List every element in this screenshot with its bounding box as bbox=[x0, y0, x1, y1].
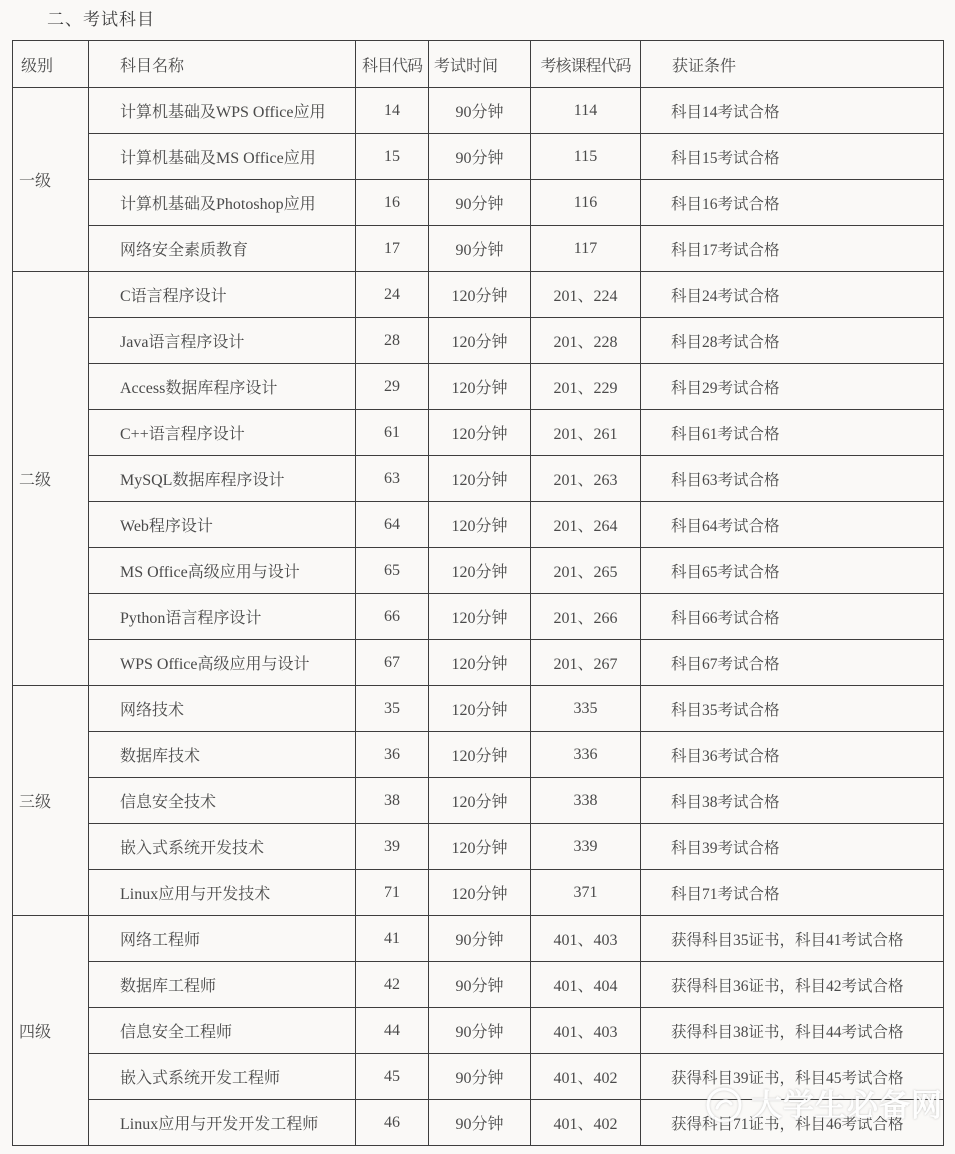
exam-duration-cell: 90分钟 bbox=[429, 134, 531, 180]
table-header-cell: 科目名称 bbox=[89, 41, 356, 88]
table-header-cell: 考试时间 bbox=[429, 41, 531, 88]
subject-code-cell: 71 bbox=[356, 870, 429, 916]
level-cell: 三级 bbox=[13, 686, 89, 916]
subject-name-cell: Java语言程序设计 bbox=[89, 318, 356, 364]
course-code-cell: 201、263 bbox=[531, 456, 641, 502]
exam-duration-cell: 120分钟 bbox=[429, 640, 531, 686]
subject-code-cell: 65 bbox=[356, 548, 429, 594]
table-row: Linux应用与开发开发工程师4690分钟401、402获得科目71证书，科目4… bbox=[13, 1100, 944, 1146]
table-header-cell: 获证条件 bbox=[641, 41, 944, 88]
course-code-cell: 371 bbox=[531, 870, 641, 916]
certificate-condition-cell: 获得科目38证书，科目44考试合格 bbox=[641, 1008, 944, 1054]
course-code-cell: 201、266 bbox=[531, 594, 641, 640]
certificate-condition-cell: 科目24考试合格 bbox=[641, 272, 944, 318]
table-header-row: 级别科目名称科目代码考试时间考核课程代码获证条件 bbox=[13, 41, 944, 88]
course-code-cell: 401、402 bbox=[531, 1100, 641, 1146]
subject-code-cell: 46 bbox=[356, 1100, 429, 1146]
course-code-cell: 201、261 bbox=[531, 410, 641, 456]
table-row: Access数据库程序设计29120分钟201、229科目29考试合格 bbox=[13, 364, 944, 410]
subject-name-cell: 网络安全素质教育 bbox=[89, 226, 356, 272]
course-code-cell: 335 bbox=[531, 686, 641, 732]
certificate-condition-cell: 获得科目71证书，科目46考试合格 bbox=[641, 1100, 944, 1146]
subject-code-cell: 66 bbox=[356, 594, 429, 640]
exam-duration-cell: 90分钟 bbox=[429, 226, 531, 272]
subject-name-cell: 嵌入式系统开发技术 bbox=[89, 824, 356, 870]
table-row: MS Office高级应用与设计65120分钟201、265科目65考试合格 bbox=[13, 548, 944, 594]
subject-name-cell: 数据库技术 bbox=[89, 732, 356, 778]
subject-name-cell: Linux应用与开发技术 bbox=[89, 870, 356, 916]
certificate-condition-cell: 科目36考试合格 bbox=[641, 732, 944, 778]
certificate-condition-cell: 科目61考试合格 bbox=[641, 410, 944, 456]
subject-name-cell: Access数据库程序设计 bbox=[89, 364, 356, 410]
subject-code-cell: 36 bbox=[356, 732, 429, 778]
table-row: 嵌入式系统开发工程师4590分钟401、402获得科目39证书，科目45考试合格 bbox=[13, 1054, 944, 1100]
table-row: 计算机基础及MS Office应用1590分钟115科目15考试合格 bbox=[13, 134, 944, 180]
certificate-condition-cell: 获得科目36证书，科目42考试合格 bbox=[641, 962, 944, 1008]
certificate-condition-cell: 科目71考试合格 bbox=[641, 870, 944, 916]
subject-name-cell: 嵌入式系统开发工程师 bbox=[89, 1054, 356, 1100]
certificate-condition-cell: 获得科目35证书，科目41考试合格 bbox=[641, 916, 944, 962]
course-code-cell: 338 bbox=[531, 778, 641, 824]
certificate-condition-cell: 科目66考试合格 bbox=[641, 594, 944, 640]
certificate-condition-cell: 科目67考试合格 bbox=[641, 640, 944, 686]
course-code-cell: 117 bbox=[531, 226, 641, 272]
exam-duration-cell: 120分钟 bbox=[429, 594, 531, 640]
table-row: 计算机基础及Photoshop应用1690分钟116科目16考试合格 bbox=[13, 180, 944, 226]
exam-duration-cell: 120分钟 bbox=[429, 870, 531, 916]
certificate-condition-cell: 科目35考试合格 bbox=[641, 686, 944, 732]
table-row: 信息安全工程师4490分钟401、403获得科目38证书，科目44考试合格 bbox=[13, 1008, 944, 1054]
subject-name-cell: 数据库工程师 bbox=[89, 962, 356, 1008]
table-row: MySQL数据库程序设计63120分钟201、263科目63考试合格 bbox=[13, 456, 944, 502]
course-code-cell: 401、403 bbox=[531, 1008, 641, 1054]
table-row: 嵌入式系统开发技术39120分钟339科目39考试合格 bbox=[13, 824, 944, 870]
table-row: 数据库技术36120分钟336科目36考试合格 bbox=[13, 732, 944, 778]
subject-code-cell: 29 bbox=[356, 364, 429, 410]
subject-code-cell: 64 bbox=[356, 502, 429, 548]
subject-name-cell: MySQL数据库程序设计 bbox=[89, 456, 356, 502]
subject-name-cell: 网络工程师 bbox=[89, 916, 356, 962]
exam-subjects-table: 级别科目名称科目代码考试时间考核课程代码获证条件 一级计算机基础及WPS Off… bbox=[12, 40, 944, 1146]
subject-code-cell: 39 bbox=[356, 824, 429, 870]
subject-code-cell: 42 bbox=[356, 962, 429, 1008]
exam-duration-cell: 120分钟 bbox=[429, 824, 531, 870]
exam-duration-cell: 90分钟 bbox=[429, 962, 531, 1008]
certificate-condition-cell: 科目15考试合格 bbox=[641, 134, 944, 180]
subject-code-cell: 28 bbox=[356, 318, 429, 364]
subject-name-cell: Python语言程序设计 bbox=[89, 594, 356, 640]
subject-name-cell: 信息安全技术 bbox=[89, 778, 356, 824]
certificate-condition-cell: 科目64考试合格 bbox=[641, 502, 944, 548]
exam-duration-cell: 90分钟 bbox=[429, 1100, 531, 1146]
subject-code-cell: 14 bbox=[356, 88, 429, 134]
exam-duration-cell: 90分钟 bbox=[429, 180, 531, 226]
certificate-condition-cell: 科目38考试合格 bbox=[641, 778, 944, 824]
table-row: 二级C语言程序设计24120分钟201、224科目24考试合格 bbox=[13, 272, 944, 318]
level-cell: 一级 bbox=[13, 88, 89, 272]
subject-name-cell: 信息安全工程师 bbox=[89, 1008, 356, 1054]
certificate-condition-cell: 科目39考试合格 bbox=[641, 824, 944, 870]
course-code-cell: 116 bbox=[531, 180, 641, 226]
exam-duration-cell: 120分钟 bbox=[429, 272, 531, 318]
certificate-condition-cell: 科目65考试合格 bbox=[641, 548, 944, 594]
table-row: 四级网络工程师4190分钟401、403获得科目35证书，科目41考试合格 bbox=[13, 916, 944, 962]
subject-code-cell: 17 bbox=[356, 226, 429, 272]
exam-duration-cell: 120分钟 bbox=[429, 456, 531, 502]
subject-code-cell: 38 bbox=[356, 778, 429, 824]
exam-duration-cell: 120分钟 bbox=[429, 778, 531, 824]
subject-code-cell: 35 bbox=[356, 686, 429, 732]
table-row: 信息安全技术38120分钟338科目38考试合格 bbox=[13, 778, 944, 824]
exam-duration-cell: 120分钟 bbox=[429, 732, 531, 778]
subject-code-cell: 67 bbox=[356, 640, 429, 686]
exam-duration-cell: 120分钟 bbox=[429, 410, 531, 456]
course-code-cell: 401、402 bbox=[531, 1054, 641, 1100]
certificate-condition-cell: 科目14考试合格 bbox=[641, 88, 944, 134]
subject-name-cell: 计算机基础及MS Office应用 bbox=[89, 134, 356, 180]
course-code-cell: 201、224 bbox=[531, 272, 641, 318]
subject-name-cell: WPS Office高级应用与设计 bbox=[89, 640, 356, 686]
course-code-cell: 201、265 bbox=[531, 548, 641, 594]
document-page: 二、考试科目 级别科目名称科目代码考试时间考核课程代码获证条件 一级计算机基础及… bbox=[0, 0, 955, 1154]
course-code-cell: 336 bbox=[531, 732, 641, 778]
exam-duration-cell: 90分钟 bbox=[429, 1054, 531, 1100]
exam-duration-cell: 90分钟 bbox=[429, 88, 531, 134]
table-header-cell: 科目代码 bbox=[356, 41, 429, 88]
subject-name-cell: 计算机基础及WPS Office应用 bbox=[89, 88, 356, 134]
subject-code-cell: 61 bbox=[356, 410, 429, 456]
subject-name-cell: Web程序设计 bbox=[89, 502, 356, 548]
table-header-cell: 级别 bbox=[13, 41, 89, 88]
course-code-cell: 339 bbox=[531, 824, 641, 870]
table-row: 三级网络技术35120分钟335科目35考试合格 bbox=[13, 686, 944, 732]
subject-code-cell: 41 bbox=[356, 916, 429, 962]
subject-code-cell: 15 bbox=[356, 134, 429, 180]
table-row: 数据库工程师4290分钟401、404获得科目36证书，科目42考试合格 bbox=[13, 962, 944, 1008]
certificate-condition-cell: 科目28考试合格 bbox=[641, 318, 944, 364]
table-header-cell: 考核课程代码 bbox=[531, 41, 641, 88]
page-title: 二、考试科目 bbox=[47, 5, 155, 30]
table-row: WPS Office高级应用与设计67120分钟201、267科目67考试合格 bbox=[13, 640, 944, 686]
level-cell: 二级 bbox=[13, 272, 89, 686]
exam-duration-cell: 120分钟 bbox=[429, 318, 531, 364]
exam-duration-cell: 120分钟 bbox=[429, 502, 531, 548]
exam-duration-cell: 120分钟 bbox=[429, 548, 531, 594]
table-row: 网络安全素质教育1790分钟117科目17考试合格 bbox=[13, 226, 944, 272]
exam-duration-cell: 90分钟 bbox=[429, 916, 531, 962]
certificate-condition-cell: 科目16考试合格 bbox=[641, 180, 944, 226]
exam-duration-cell: 120分钟 bbox=[429, 686, 531, 732]
subject-name-cell: C语言程序设计 bbox=[89, 272, 356, 318]
course-code-cell: 201、264 bbox=[531, 502, 641, 548]
course-code-cell: 401、404 bbox=[531, 962, 641, 1008]
certificate-condition-cell: 科目63考试合格 bbox=[641, 456, 944, 502]
table-row: C++语言程序设计61120分钟201、261科目61考试合格 bbox=[13, 410, 944, 456]
subject-name-cell: MS Office高级应用与设计 bbox=[89, 548, 356, 594]
table-header-row: 级别科目名称科目代码考试时间考核课程代码获证条件 bbox=[13, 41, 944, 88]
subject-code-cell: 24 bbox=[356, 272, 429, 318]
subject-name-cell: 网络技术 bbox=[89, 686, 356, 732]
exam-duration-cell: 90分钟 bbox=[429, 1008, 531, 1054]
table-row: 一级计算机基础及WPS Office应用1490分钟114科目14考试合格 bbox=[13, 88, 944, 134]
course-code-cell: 115 bbox=[531, 134, 641, 180]
certificate-condition-cell: 科目29考试合格 bbox=[641, 364, 944, 410]
certificate-condition-cell: 获得科目39证书，科目45考试合格 bbox=[641, 1054, 944, 1100]
course-code-cell: 401、403 bbox=[531, 916, 641, 962]
subject-code-cell: 63 bbox=[356, 456, 429, 502]
course-code-cell: 114 bbox=[531, 88, 641, 134]
subject-name-cell: 计算机基础及Photoshop应用 bbox=[89, 180, 356, 226]
certificate-condition-cell: 科目17考试合格 bbox=[641, 226, 944, 272]
table-row: Web程序设计64120分钟201、264科目64考试合格 bbox=[13, 502, 944, 548]
course-code-cell: 201、228 bbox=[531, 318, 641, 364]
table-row: Java语言程序设计28120分钟201、228科目28考试合格 bbox=[13, 318, 944, 364]
table-body: 一级计算机基础及WPS Office应用1490分钟114科目14考试合格计算机… bbox=[13, 88, 944, 1146]
table-row: Linux应用与开发技术71120分钟371科目71考试合格 bbox=[13, 870, 944, 916]
subject-name-cell: C++语言程序设计 bbox=[89, 410, 356, 456]
subject-code-cell: 45 bbox=[356, 1054, 429, 1100]
table-row: Python语言程序设计66120分钟201、266科目66考试合格 bbox=[13, 594, 944, 640]
level-cell: 四级 bbox=[13, 916, 89, 1146]
subject-code-cell: 44 bbox=[356, 1008, 429, 1054]
subject-name-cell: Linux应用与开发开发工程师 bbox=[89, 1100, 356, 1146]
course-code-cell: 201、229 bbox=[531, 364, 641, 410]
course-code-cell: 201、267 bbox=[531, 640, 641, 686]
exam-duration-cell: 120分钟 bbox=[429, 364, 531, 410]
subject-code-cell: 16 bbox=[356, 180, 429, 226]
